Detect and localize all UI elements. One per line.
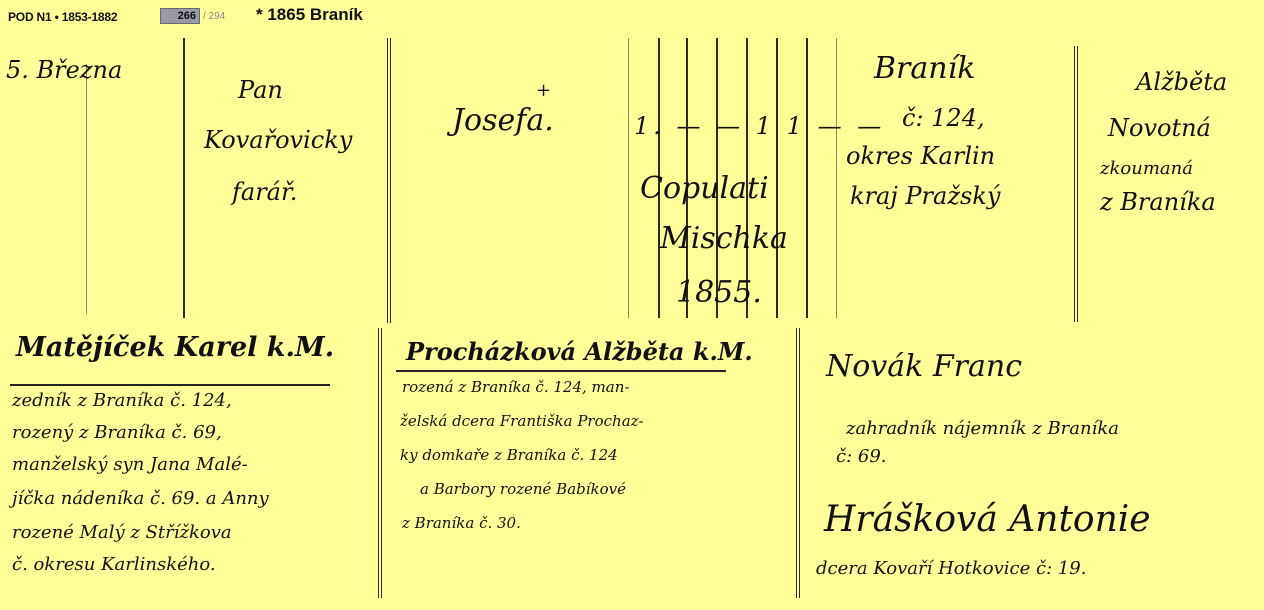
legitimation-line-1: Copulati [640, 174, 769, 204]
godfather-number: č: 69. [836, 448, 887, 466]
residence-line-4: kraj Pražský [850, 184, 1000, 208]
mother-line-4: a Barbory rozené Babíkové [420, 482, 626, 497]
father-line-3: manželský syn Jana Malé- [12, 456, 248, 474]
collection-title: POD N1 • 1853-1882 [8, 10, 117, 24]
father-line-2: rozený z Braníka č. 69, [12, 424, 222, 442]
record-heading: * 1865 Braník [256, 5, 363, 25]
column-divider [836, 38, 837, 318]
father-name: Matějíček Karel k.M. [16, 334, 334, 361]
mother-line-2: želská dcera Františka Prochaz- [400, 414, 644, 429]
godfather-name: Novák Franc [826, 352, 1022, 382]
column-divider [776, 38, 778, 318]
column-divider [796, 328, 797, 598]
priest-line-1: Pan [238, 78, 283, 102]
father-line-5: rozené Malý z Střížkova [12, 524, 232, 542]
godmother-detail: dcera Kovaří Hotkovice č: 19. [816, 560, 1086, 578]
legitimation-line-3: 1855. [676, 278, 762, 308]
father-line-4: jíčka nádeníka č. 69. a Anny [12, 490, 269, 508]
page-number-input[interactable]: 266 [160, 8, 200, 24]
register-scan: 5. Března Pan Kovařovicky farář. Josefa.… [0, 34, 1264, 610]
column-divider [183, 38, 185, 318]
mother-line-3: ky domkaře z Braníka č. 124 [400, 448, 618, 463]
mother-name: Procházková Alžběta k.M. [406, 340, 753, 364]
midwife-line-3: zkoumaná [1100, 160, 1193, 178]
column-divider [1074, 46, 1075, 322]
godmother-name: Hrášková Antonie [824, 502, 1151, 538]
residence-line-1: Braník [874, 54, 975, 84]
column-divider [387, 38, 388, 323]
deceased-mark: + [536, 82, 551, 100]
godfather-detail: zahradník nájemník z Braníka [846, 420, 1119, 438]
child-name: Josefa. [452, 106, 554, 136]
midwife-line-2: Novotná [1108, 116, 1211, 140]
priest-line-2: Kovařovicky [204, 128, 352, 152]
priest-line-3: farář. [232, 180, 297, 204]
residence-line-2: č: 124, [902, 106, 985, 130]
column-divider [628, 38, 629, 318]
father-name-underline [10, 384, 330, 386]
baptism-date: 5. Března [6, 58, 122, 82]
column-divider [378, 328, 379, 598]
column-divider [806, 38, 808, 318]
column-divider [86, 64, 87, 314]
mother-line-5: z Braníka č. 30. [402, 516, 521, 531]
mother-name-underline [396, 370, 726, 372]
midwife-line-1: Alžběta [1136, 70, 1227, 94]
page-total: / 294 [203, 11, 225, 22]
legitimation-line-2: Mischka [660, 224, 788, 254]
midwife-line-4: z Braníka [1100, 190, 1216, 214]
mother-line-1: rozená z Braníka č. 124, man- [402, 380, 629, 395]
father-line-1: zedník z Braníka č. 124, [12, 392, 232, 410]
residence-line-3: okres Karlin [846, 144, 995, 168]
tally-marks: 1. — — 1 1 — — [634, 114, 885, 138]
viewer-header: POD N1 • 1853-1882 266 / 294 * 1865 Bran… [0, 0, 1264, 34]
father-line-6: č. okresu Karlinského. [12, 556, 216, 574]
